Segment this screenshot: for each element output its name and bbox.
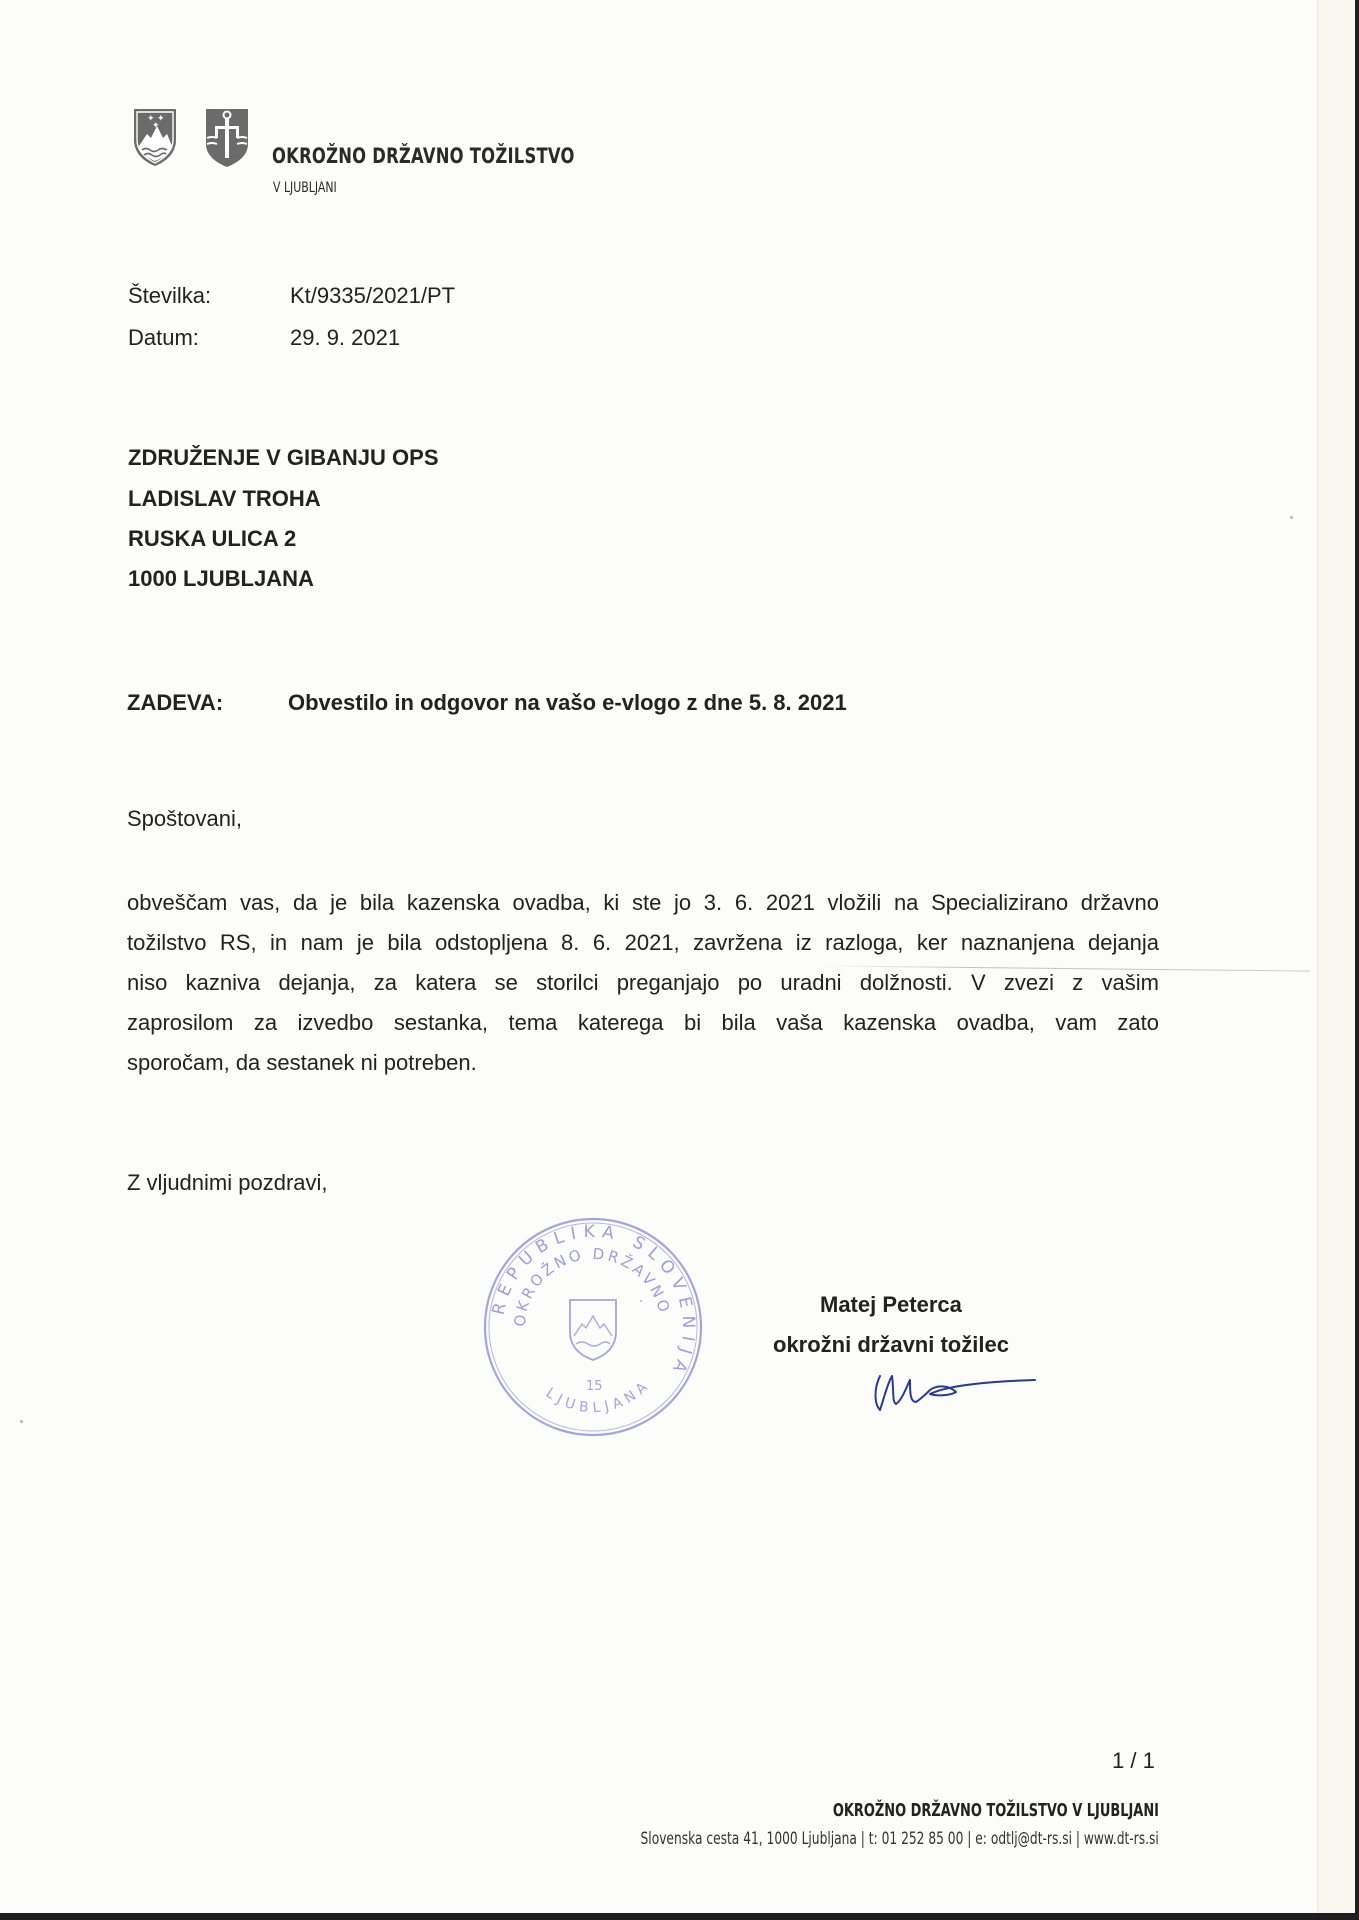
official-stamp: REPUBLIKA SLOVENIJA OKROŽNO DRŽAVNO TOŽI… [478, 1212, 708, 1447]
scan-speck [1290, 516, 1293, 519]
subject-label: ZADEVA: [127, 690, 223, 716]
svg-text:✦: ✦ [152, 121, 160, 131]
closing: Z vljudnimi pozdravi, [127, 1170, 328, 1196]
subject-text: Obvestilo in odgovor na vašo e-vlogo z d… [288, 690, 847, 716]
prosecution-emblem-icon [203, 106, 251, 168]
page-number: 1 / 1 [1112, 1748, 1155, 1774]
footer-organization: OKROŽNO DRŽAVNO TOŽILSTVO V LJUBLJANI [833, 1800, 1159, 1821]
handwritten-signature [870, 1368, 1040, 1423]
recipient-line: 1000 LJUBLJANA [128, 566, 314, 592]
body-line: zaprosilom za izvedbo sestanka, tema kat… [127, 1010, 1159, 1036]
body-line: sporočam, da sestanek ni potreben. [127, 1050, 1159, 1076]
letter-page: ✦ ✦ ✦ OKROŽNO DRŽAVNO TOŽILSTVO V LJUBLJ… [0, 0, 1321, 1913]
date-label: Datum: [128, 325, 199, 351]
signer-name: Matej Peterca [820, 1292, 962, 1318]
organization-location: V LJUBLJANI [273, 180, 337, 196]
case-number-value: Kt/9335/2021/PT [290, 283, 455, 309]
stamp-number: 15 [586, 1379, 603, 1394]
body-line: niso kazniva dejanja, za katera se stori… [127, 970, 1159, 996]
greeting: Spoštovani, [127, 806, 242, 832]
scan-speck [640, 1300, 642, 1302]
recipient-line: LADISLAV TROHA [128, 486, 321, 512]
signer-title: okrožni državni tožilec [773, 1332, 1009, 1358]
date-value: 29. 9. 2021 [290, 325, 400, 351]
organization-name: OKROŽNO DRŽAVNO TOŽILSTVO [272, 144, 575, 168]
body-line: tožilstvo RS, in nam je bila odstopljena… [127, 930, 1159, 956]
recipient-line: ZDRUŽENJE V GIBANJU OPS [128, 445, 439, 471]
scan-speck [20, 1420, 23, 1423]
recipient-line: RUSKA ULICA 2 [128, 526, 296, 552]
page-edge [1317, 0, 1355, 1913]
slovenia-coat-of-arms-icon: ✦ ✦ ✦ [131, 106, 179, 168]
case-number-label: Številka: [128, 283, 211, 309]
footer-contact-info: Slovenska cesta 41, 1000 Ljubljana | t: … [641, 1829, 1159, 1849]
body-line: obveščam vas, da je bila kazenska ovadba… [127, 890, 1159, 916]
